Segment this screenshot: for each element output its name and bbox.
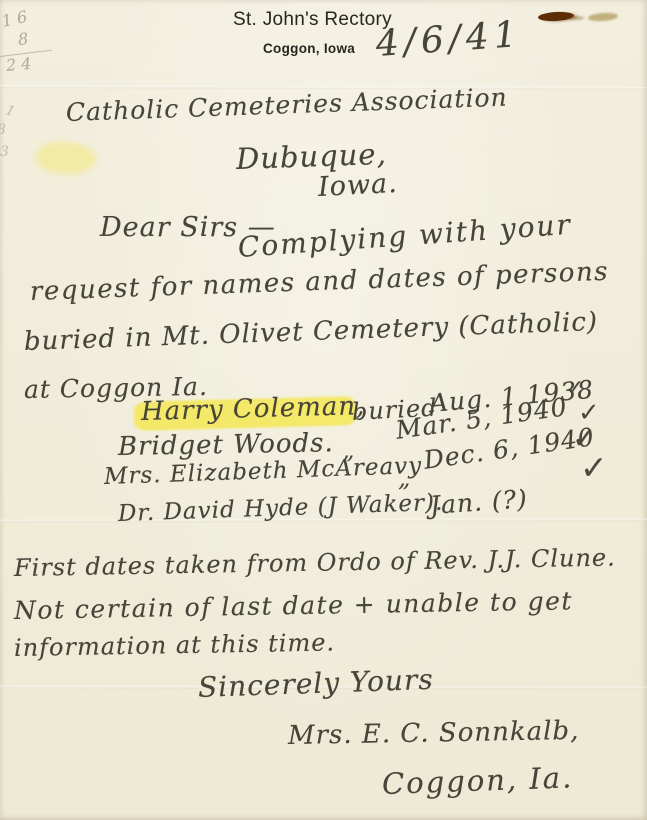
pencil-arithmetic-mid: 8: [17, 29, 29, 49]
burial-row-4-date: Jan. (?): [429, 484, 529, 520]
pencil-edge-mark-2: 8: [0, 122, 6, 138]
ink-stain-trail: [568, 16, 584, 20]
signature-name: Mrs. E. C. Sonnkalb,: [288, 716, 580, 751]
burial-row-4-checkmark: ✓: [580, 448, 608, 487]
letterhead-title: St. John's Rectory: [233, 9, 392, 31]
opening-line-2: request for names and dates of persons: [29, 257, 609, 307]
burial-row-1-name: Harry Coleman,: [141, 391, 366, 427]
opening-line-3: buried in Mt. Olivet Cemetery (Catholic): [23, 307, 598, 357]
recipient-organization: Catholic Cemeteries Association: [65, 83, 508, 127]
pencil-edge-mark-3: 3: [0, 144, 9, 160]
pencil-arithmetic-top: 1 6: [0, 7, 29, 31]
letterhead-city: Coggon, Iowa: [263, 41, 355, 56]
opening-line-1: Complying with your: [237, 208, 573, 264]
notes-line-3: information at this time.: [14, 628, 336, 662]
notes-line-1: First dates taken from Ordo of Rev. J.J.…: [14, 543, 616, 581]
pencil-edge-mark-1: 1: [4, 102, 17, 120]
recipient-state: Iowa.: [317, 168, 398, 203]
burial-row-3-ditto-mark: „: [398, 464, 410, 492]
letter-page: 1 6 8 2 4 1 8 3 St. John's Rectory Coggo…: [0, 0, 647, 820]
yellow-smudge: [36, 142, 96, 174]
closing-valediction: Sincerely Yours: [197, 663, 434, 704]
notes-line-2: Not certain of last date + unable to get: [14, 586, 573, 625]
signature-city: Coggon, Ia.: [381, 760, 573, 801]
pencil-arithmetic-bottom: 2 4: [5, 54, 32, 75]
handwritten-date: 4/6/41: [375, 14, 523, 65]
ink-stain-light: [588, 12, 618, 22]
